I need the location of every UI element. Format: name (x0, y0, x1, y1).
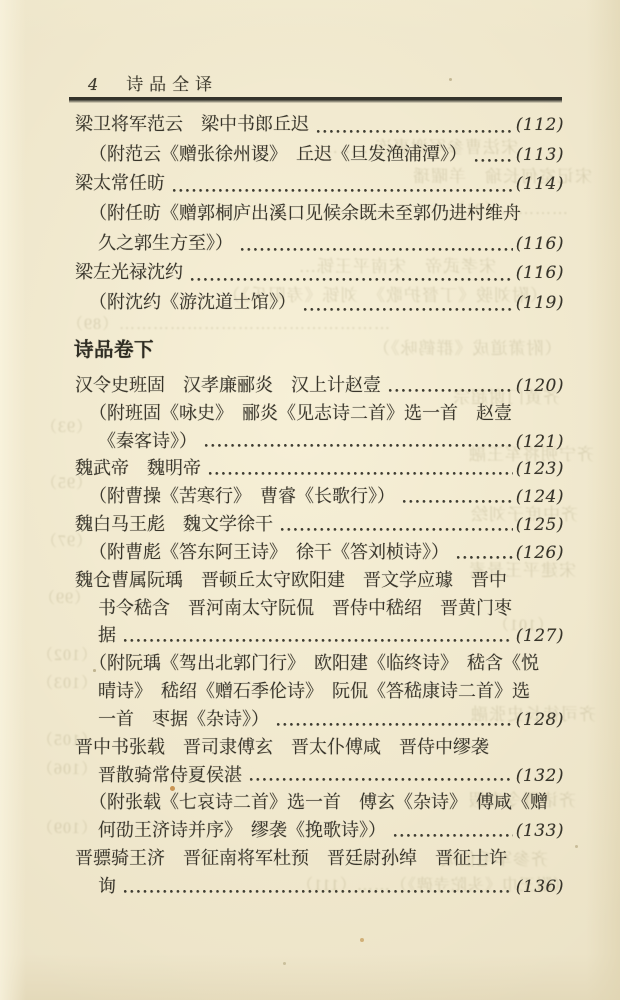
toc-entry-text: 魏武帝 魏明帝 (75, 454, 201, 480)
dot-leader (276, 722, 513, 727)
toc-row: 《秦客诗》）(121) (75, 427, 564, 455)
toc-entry-text: 据 (98, 621, 116, 647)
toc-row: 梁左光禄沈约(116) (75, 258, 564, 288)
page-number: (136) (516, 877, 564, 897)
toc-row: （附沈约《游沈道士馆》）(119) (75, 288, 564, 318)
toc-row: 书令嵇含 晋河南太守阮侃 晋侍中嵇绍 晋黄门枣 (75, 594, 564, 622)
dot-leader (123, 638, 513, 643)
page-number: (119) (516, 293, 564, 313)
toc-entry-text: 晋骠骑王济 晋征南将军杜预 晋廷尉孙绰 晋征士许 (75, 844, 507, 870)
toc-entry-text: 晋散骑常侍夏侯湛 (98, 761, 242, 787)
page-number: (120) (516, 376, 564, 396)
toc-entry-text: 梁卫将军范云 梁中书郎丘迟 (75, 110, 309, 136)
dot-leader (204, 443, 513, 448)
toc-row: 魏白马王彪 魏文学徐干(125) (75, 510, 564, 538)
page-number: (116) (516, 263, 564, 283)
dot-leader (316, 129, 513, 134)
toc-entry-text: 询 (98, 872, 116, 898)
toc-row: （附张载《七哀诗二首》选一首 傅玄《杂诗》 傅咸《赠 (75, 788, 564, 816)
page-number: (114) (516, 174, 564, 194)
page-number: (133) (516, 821, 564, 841)
toc-entry-text: （附任昉《赠郭桐庐出溪口见候余既未至郭仍进村维舟 (89, 199, 521, 225)
toc-entry-text: （附曹彪《答东阿王诗》 徐干《答刘桢诗》） (89, 538, 449, 564)
toc-row: 何劭王济诗并序》 缪袭《挽歌诗》）(133) (75, 816, 564, 844)
toc-row: （附曹彪《答东阿王诗》 徐干《答刘桢诗》）(126) (75, 538, 564, 566)
page-number: (128) (516, 710, 564, 730)
toc-entry-text: （附曹操《苦寒行》 曹睿《长歌行》） (89, 482, 395, 508)
dot-leader (280, 527, 513, 532)
book-title: 诗品全译 (126, 75, 218, 94)
dot-leader (190, 277, 513, 282)
toc-row: （附曹操《苦寒行》 曹睿《长歌行》）(124) (75, 482, 564, 510)
toc-row: 晋骠骑王济 晋征南将军杜预 晋廷尉孙绰 晋征士许 (75, 844, 564, 872)
toc-row: 魏仓曹属阮瑀 晋顿丘太守欧阳建 晋文学应璩 晋中 (75, 566, 564, 594)
paper-speck (449, 78, 452, 81)
page-number: (126) (516, 543, 564, 563)
page-number: (132) (516, 766, 564, 786)
page-number: (124) (516, 487, 564, 507)
paper-speck (283, 962, 286, 965)
toc-row: 梁卫将军范云 梁中书郎丘迟(112) (75, 110, 564, 140)
toc-row: （附范云《赠张徐州谡》 丘迟《旦发渔浦潭》）(113) (75, 140, 564, 170)
page-number: (127) (516, 626, 564, 646)
dot-leader (474, 158, 513, 163)
toc-entry-text: 何劭王济诗并序》 缪袭《挽歌诗》） (98, 816, 386, 842)
page-number: (113) (516, 145, 564, 165)
toc-volume-middle-tail: 梁卫将军范云 梁中书郎丘迟(112)（附范云《赠张徐州谡》 丘迟《旦发渔浦潭》）… (75, 110, 564, 318)
toc-entry-text: （附范云《赠张徐州谡》 丘迟《旦发渔浦潭》） (89, 140, 467, 166)
toc-row: 晴诗》 嵇绍《赠石季伦诗》 阮侃《答嵇康诗二首》选 (75, 677, 564, 705)
dot-leader (393, 833, 513, 838)
toc-entry-text: 书令嵇含 晋河南太守阮侃 晋侍中嵇绍 晋黄门枣 (98, 594, 512, 620)
toc-entry-text: 久之郭生方至》） (98, 229, 233, 255)
toc-entry-text: （附张载《七哀诗二首》选一首 傅玄《杂诗》 傅咸《赠 (89, 788, 548, 814)
toc-entry-text: 晴诗》 嵇绍《赠石季伦诗》 阮侃《答嵇康诗二首》选 (98, 677, 530, 703)
dot-leader (303, 307, 513, 312)
toc-row: 久之郭生方至》）(116) (75, 229, 564, 259)
toc-entry-text: 梁左光禄沈约 (75, 258, 183, 284)
page-number: (116) (516, 234, 564, 254)
toc-entry-text: （附阮瑀《驾出北郭门行》 欧阳建《临终诗》 嵇含《悦 (89, 649, 539, 675)
dot-leader (208, 471, 513, 476)
toc-row: 梁太常任昉(114) (75, 169, 564, 199)
dot-leader (249, 777, 513, 782)
header-rule (69, 97, 562, 100)
toc-row: 一首 枣据《杂诗》）(128) (75, 705, 564, 733)
scanned-book-page: 宋法曹参军谢惠连…………宋记室何长瑜 羊曜璠…………（91）宋孝武帝 宋南平王铄… (0, 0, 620, 1000)
page-number: (121) (516, 432, 564, 452)
toc-row: 晋中书张载 晋司隶傅玄 晋太仆傅咸 晋侍中缪袭 (75, 733, 564, 761)
dot-leader (402, 499, 513, 504)
toc-entry-text: （附班固《咏史》 郦炎《见志诗二首》选一首 赵壹 (89, 399, 512, 425)
toc-entry-text: （附沈约《游沈道士馆》） (89, 288, 296, 314)
toc-entry-text: 魏仓曹属阮瑀 晋顿丘太守欧阳建 晋文学应璩 晋中 (75, 566, 507, 592)
toc-row: 汉令史班固 汉孝廉郦炎 汉上计赵壹(120) (75, 371, 564, 399)
toc-entry-text: 梁太常任昉 (75, 169, 165, 195)
section-heading: 诗品卷下 (74, 334, 564, 362)
toc-entry-text: 《秦客诗》） (98, 427, 197, 453)
toc-row: （附任昉《赠郭桐庐出溪口见候余既未至郭仍进村维舟 (75, 199, 564, 229)
page-number: (125) (516, 515, 564, 535)
page-number: (112) (516, 115, 564, 135)
toc-entry-text: 魏白马王彪 魏文学徐干 (75, 510, 273, 536)
paper-speck (360, 938, 364, 942)
dot-leader (172, 188, 513, 193)
page-number: (123) (516, 459, 564, 479)
page-number-running-head: 4 (88, 75, 98, 94)
toc-volume-lower: 汉令史班固 汉孝廉郦炎 汉上计赵壹(120)（附班固《咏史》 郦炎《见志诗二首》… (75, 371, 564, 900)
page-header: 4 诗品全译 (88, 70, 218, 95)
toc-row: 魏武帝 魏明帝(123) (75, 454, 564, 482)
dot-leader (456, 555, 513, 560)
paper-speck (575, 845, 578, 848)
toc-row: （附阮瑀《驾出北郭门行》 欧阳建《临终诗》 嵇含《悦 (75, 649, 564, 677)
toc-entry-text: 晋中书张载 晋司隶傅玄 晋太仆傅咸 晋侍中缪袭 (75, 733, 489, 759)
dot-leader (388, 388, 513, 393)
table-of-contents: 梁卫将军范云 梁中书郎丘迟(112)（附范云《赠张徐州谡》 丘迟《旦发渔浦潭》）… (75, 110, 564, 900)
toc-row: 据(127) (75, 621, 564, 649)
toc-row: 晋散骑常侍夏侯湛(132) (75, 761, 564, 789)
toc-entry-text: 汉令史班固 汉孝廉郦炎 汉上计赵壹 (75, 371, 381, 397)
dot-leader (123, 889, 513, 894)
toc-row: 询(136) (75, 872, 564, 900)
toc-row: （附班固《咏史》 郦炎《见志诗二首》选一首 赵壹 (75, 399, 564, 427)
toc-entry-text: 一首 枣据《杂诗》） (98, 705, 269, 731)
dot-leader (240, 247, 513, 252)
